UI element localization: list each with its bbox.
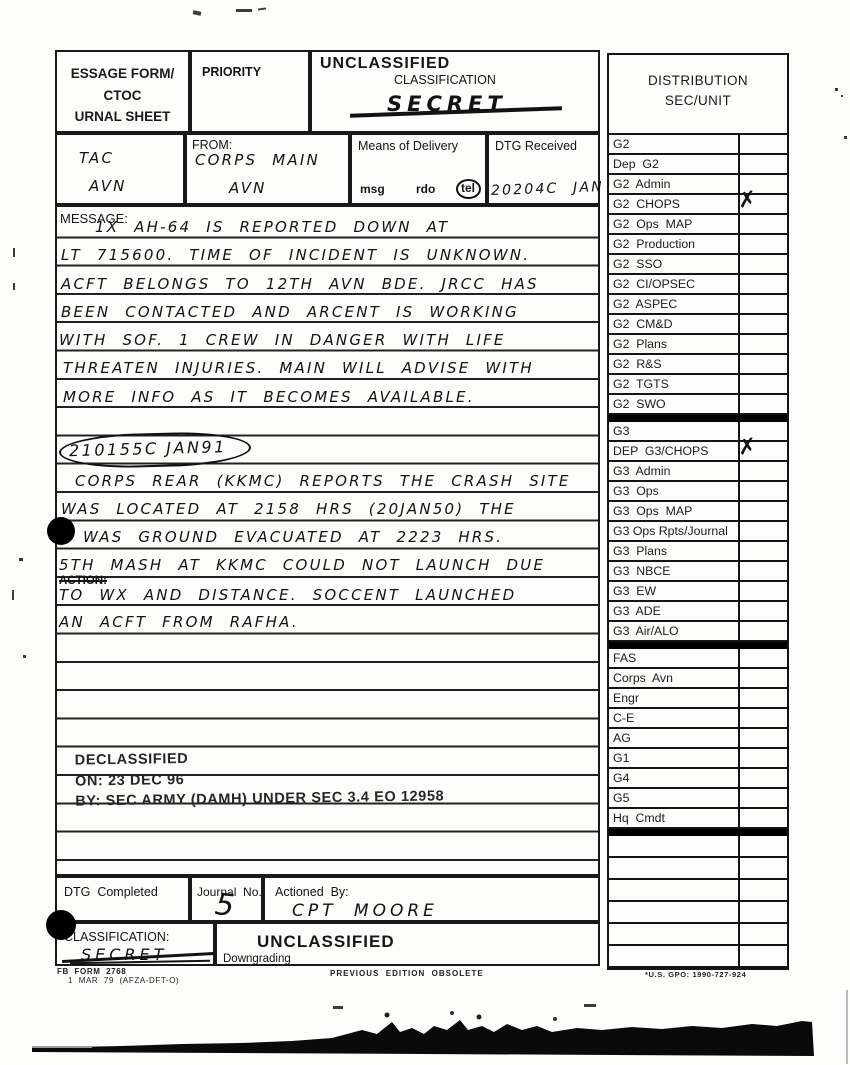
distribution-row-label: G3 bbox=[609, 422, 740, 440]
distribution-row-label: FAS bbox=[609, 649, 740, 667]
scan-speck bbox=[13, 248, 15, 257]
distribution-row: G3 Air/ALO bbox=[609, 622, 787, 642]
message-line: TO WX AND DISTANCE. SOCCENT LAUNCHED bbox=[59, 586, 516, 604]
distribution-row: Dep G2 bbox=[609, 155, 787, 175]
distribution-row bbox=[609, 946, 787, 968]
to-value-line1: TAC bbox=[79, 149, 114, 167]
scan-speck bbox=[19, 558, 23, 561]
distribution-row-label: G5 bbox=[609, 789, 740, 807]
message-line: BEEN CONTACTED AND ARCENT IS WORKING bbox=[61, 303, 519, 321]
distribution-check-cell bbox=[740, 836, 787, 856]
actioned-by-label: Actioned By: bbox=[275, 885, 349, 899]
distribution-check-cell bbox=[740, 902, 787, 922]
journal-no-value: 5 bbox=[213, 887, 238, 924]
distribution-row bbox=[609, 880, 787, 902]
form-number: FB FORM 2768 bbox=[57, 967, 126, 976]
distribution-check-cell bbox=[740, 924, 787, 944]
dtg-received-box: DTG Received 20204C JAN bbox=[487, 133, 600, 205]
delivery-option-tel-circled: tel bbox=[456, 179, 481, 199]
bottom-unclassified-stamp: UNCLASSIFIED bbox=[257, 932, 395, 952]
distribution-row: G3 EW bbox=[609, 582, 787, 602]
scan-artifact-bar bbox=[32, 1000, 822, 1060]
distribution-row: G2 CM&D bbox=[609, 315, 787, 335]
distribution-row bbox=[609, 836, 787, 858]
distribution-row-label: G3 Air/ALO bbox=[609, 622, 740, 640]
distribution-row-label: G3 ADE bbox=[609, 602, 740, 620]
distribution-row: G2 CI/OPSEC bbox=[609, 275, 787, 295]
distribution-row-label bbox=[609, 880, 740, 900]
bottom-classification-label: CLASSIFICATION: bbox=[64, 930, 169, 944]
distribution-row-label: G3 Admin bbox=[609, 462, 740, 480]
distribution-check-cell bbox=[740, 689, 787, 707]
distribution-row: G2 R&S bbox=[609, 355, 787, 375]
scan-speck bbox=[841, 95, 843, 97]
message-line: WAS GROUND EVACUATED AT 2223 HRS. bbox=[83, 528, 503, 546]
distribution-check-cell bbox=[740, 235, 787, 253]
distribution-check-cell bbox=[740, 135, 787, 153]
downgrading-box: UNCLASSIFIED Downgrading bbox=[215, 922, 600, 966]
dtg-received-label: DTG Received bbox=[495, 139, 577, 153]
distribution-check-cell bbox=[740, 542, 787, 560]
distribution-check-cell bbox=[740, 375, 787, 393]
scan-speck bbox=[844, 136, 847, 139]
distribution-row-label: G3 EW bbox=[609, 582, 740, 600]
distribution-check-cell bbox=[740, 355, 787, 373]
distribution-row bbox=[609, 902, 787, 924]
distribution-check-cell bbox=[740, 749, 787, 767]
distribution-row-label: C-E bbox=[609, 709, 740, 727]
distribution-row bbox=[609, 829, 787, 836]
scan-speck bbox=[13, 283, 15, 290]
dtg-completed-label: DTG Completed bbox=[64, 885, 158, 899]
distribution-row-label: G2 CM&D bbox=[609, 315, 740, 333]
distribution-title-line2: SEC/UNIT bbox=[609, 91, 787, 111]
form-title-line-1: ESSAGE FORM/ bbox=[57, 63, 188, 85]
distribution-check-cell bbox=[740, 789, 787, 807]
form-title-box: ESSAGE FORM/ CTOC URNAL SHEET bbox=[55, 50, 190, 133]
dtg-completed-box: DTG Completed bbox=[55, 876, 190, 922]
distribution-row: G3 Ops bbox=[609, 482, 787, 502]
distribution-row: G4 bbox=[609, 769, 787, 789]
distribution-row-label: G1 bbox=[609, 749, 740, 767]
delivery-label: Means of Delivery bbox=[358, 139, 458, 153]
distribution-row-label: DEP G3/CHOPS bbox=[609, 442, 740, 460]
scan-speck bbox=[258, 7, 266, 10]
entry2-dtg: 210155C JAN91 bbox=[69, 437, 227, 460]
message-line: WITH SOF. 1 CREW IN DANGER WITH LIFE bbox=[59, 331, 506, 349]
distribution-check-cell bbox=[740, 602, 787, 620]
unclassified-stamp: UNCLASSIFIED bbox=[320, 55, 450, 73]
distribution-row: G2 ASPEC bbox=[609, 295, 787, 315]
distribution-row bbox=[609, 924, 787, 946]
distribution-row-label: G2 TGTS bbox=[609, 375, 740, 393]
message-line: LT 715600. TIME OF INCIDENT IS UNKNOWN. bbox=[61, 246, 530, 264]
distribution-row bbox=[609, 642, 787, 649]
distribution-check-cell bbox=[740, 769, 787, 787]
priority-label: PRIORITY bbox=[202, 65, 261, 79]
distribution-check-cell bbox=[740, 395, 787, 413]
classification-label: CLASSIFICATION bbox=[394, 73, 496, 87]
from-label: FROM: bbox=[192, 138, 232, 152]
message-line: AN ACFT FROM RAFHA. bbox=[59, 613, 299, 631]
distribution-check-cell bbox=[740, 669, 787, 687]
distribution-row-label: Corps Avn bbox=[609, 669, 740, 687]
distribution-row-label bbox=[609, 836, 740, 856]
distribution-check-cell bbox=[740, 502, 787, 520]
priority-box: PRIORITY bbox=[190, 50, 310, 133]
to-value-line2: AVN bbox=[89, 177, 127, 195]
dtg-received-value: 20204C JAN bbox=[491, 179, 604, 199]
distribution-check-cell bbox=[740, 215, 787, 233]
distribution-row-label: Dep G2 bbox=[609, 155, 740, 173]
message-line: 5TH MASH AT KKMC COULD NOT LAUNCH DUE bbox=[59, 556, 545, 574]
to-box: TAC AVN bbox=[55, 133, 185, 205]
distribution-row-label bbox=[609, 946, 740, 966]
distribution-row: G2 Production bbox=[609, 235, 787, 255]
distribution-row: G5 bbox=[609, 789, 787, 809]
journal-no-box: Journal No. 5 bbox=[190, 876, 263, 922]
circled-dtg-annotation: 210155C JAN91 bbox=[59, 430, 252, 469]
distribution-check-cell: ✗ bbox=[740, 195, 787, 213]
distribution-check-cell: ✗ bbox=[740, 442, 787, 460]
check-mark: ✗ bbox=[737, 434, 758, 461]
scan-speck bbox=[23, 655, 26, 658]
distribution-row: C-E bbox=[609, 709, 787, 729]
distribution-row: G3 bbox=[609, 422, 787, 442]
scan-speck bbox=[236, 9, 252, 12]
distribution-row-label: G2 CHOPS bbox=[609, 195, 740, 213]
distribution-row-label bbox=[609, 858, 740, 878]
message-line: MORE INFO AS IT BECOMES AVAILABLE. bbox=[63, 388, 475, 406]
distribution-row: G2 TGTS bbox=[609, 375, 787, 395]
distribution-row-label: Engr bbox=[609, 689, 740, 707]
distribution-check-cell bbox=[740, 649, 787, 667]
distribution-row-label: AG bbox=[609, 729, 740, 747]
distribution-row-label: G2 SSO bbox=[609, 255, 740, 273]
distribution-row-label: G2 R&S bbox=[609, 355, 740, 373]
distribution-row-label: Hq Cmdt bbox=[609, 809, 740, 827]
distribution-row: G1 bbox=[609, 749, 787, 769]
distribution-rows: G2 Dep G2 G2 Admin G2 CHOPS bbox=[609, 135, 787, 968]
distribution-row: DEP G3/CHOPS ✗ bbox=[609, 442, 787, 462]
distribution-check-cell bbox=[740, 809, 787, 827]
distribution-row-label: G2 Ops MAP bbox=[609, 215, 740, 233]
distribution-check-cell bbox=[740, 315, 787, 333]
distribution-check-cell bbox=[740, 562, 787, 580]
distribution-row-label: G2 Plans bbox=[609, 335, 740, 353]
distribution-title-line1: DISTRIBUTION bbox=[609, 71, 787, 91]
redaction-mark bbox=[47, 517, 75, 545]
distribution-row-label: G2 ASPEC bbox=[609, 295, 740, 313]
distribution-row: G2 bbox=[609, 135, 787, 155]
distribution-row: G2 Ops MAP bbox=[609, 215, 787, 235]
form-title-line-3: URNAL SHEET bbox=[57, 106, 188, 128]
redaction-mark bbox=[46, 910, 76, 940]
delivery-option-msg: msg bbox=[360, 182, 385, 196]
scanned-journal-sheet: ESSAGE FORM/ CTOC URNAL SHEET PRIORITY U… bbox=[0, 0, 850, 1065]
distribution-check-cell bbox=[740, 709, 787, 727]
distribution-row: Engr bbox=[609, 689, 787, 709]
distribution-row: Corps Avn bbox=[609, 669, 787, 689]
distribution-table: DISTRIBUTION SEC/UNIT G2 Dep G2 G2 Admin bbox=[607, 53, 789, 970]
distribution-row: G3 ADE bbox=[609, 602, 787, 622]
distribution-check-cell bbox=[740, 462, 787, 480]
distribution-check-cell bbox=[740, 946, 787, 966]
distribution-row-label: G2 Admin bbox=[609, 175, 740, 193]
distribution-check-cell bbox=[740, 335, 787, 353]
delivery-option-rdo: rdo bbox=[416, 182, 435, 196]
distribution-row-label: G3 Ops MAP bbox=[609, 502, 740, 520]
distribution-row-label: G2 CI/OPSEC bbox=[609, 275, 740, 293]
distribution-row-label: G2 bbox=[609, 135, 740, 153]
distribution-check-cell bbox=[740, 858, 787, 878]
distribution-row: FAS bbox=[609, 649, 787, 669]
message-line: 1X AH-64 IS REPORTED DOWN AT bbox=[95, 218, 449, 236]
delivery-box: Means of Delivery msg rdo tel bbox=[350, 133, 487, 205]
scan-speck bbox=[12, 590, 14, 600]
distribution-check-cell bbox=[740, 482, 787, 500]
distribution-row: G2 SSO bbox=[609, 255, 787, 275]
check-mark: ✗ bbox=[737, 187, 758, 214]
distribution-row: G3 Ops MAP bbox=[609, 502, 787, 522]
distribution-row: G2 Plans bbox=[609, 335, 787, 355]
distribution-row: G3 Plans bbox=[609, 542, 787, 562]
distribution-row-label bbox=[609, 902, 740, 922]
actioned-by-value: CPT MOORE bbox=[292, 901, 438, 921]
scan-speck bbox=[846, 990, 848, 1064]
distribution-row: G3 Admin bbox=[609, 462, 787, 482]
distribution-row-label: G4 bbox=[609, 769, 740, 787]
distribution-row: G2 CHOPS ✗ bbox=[609, 195, 787, 215]
distribution-row-label: G3 NBCE bbox=[609, 562, 740, 580]
actioned-by-box: Actioned By: CPT MOORE bbox=[263, 876, 600, 922]
distribution-check-cell bbox=[740, 729, 787, 747]
scan-speck bbox=[193, 10, 202, 16]
distribution-row: G2 SWO bbox=[609, 395, 787, 415]
distribution-check-cell bbox=[740, 275, 787, 293]
distribution-check-cell bbox=[740, 522, 787, 540]
declassified-stamp: DECLASSIFIED ON: 23 DEC 96 BY: SEC ARMY … bbox=[75, 745, 445, 812]
distribution-row: AG bbox=[609, 729, 787, 749]
distribution-check-cell bbox=[740, 295, 787, 313]
distribution-check-cell bbox=[740, 255, 787, 273]
from-box: FROM: CORPS MAIN AVN bbox=[185, 133, 350, 205]
scan-speck bbox=[835, 88, 838, 91]
distribution-check-cell bbox=[740, 880, 787, 900]
distribution-check-cell bbox=[740, 155, 787, 173]
distribution-row: G2 Admin bbox=[609, 175, 787, 195]
distribution-row-label: G3 Plans bbox=[609, 542, 740, 560]
from-value-line1: CORPS MAIN bbox=[195, 151, 320, 169]
distribution-row: G3 NBCE bbox=[609, 562, 787, 582]
message-line: CORPS REAR (KKMC) REPORTS THE CRASH SITE bbox=[75, 472, 571, 490]
distribution-row-label: G3 Ops Rpts/Journal bbox=[609, 522, 740, 540]
message-line: THREATEN INJURIES. MAIN WILL ADVISE WITH bbox=[63, 359, 534, 377]
message-line: WAS LOCATED AT 2158 HRS (20JAN50) THE bbox=[61, 500, 516, 518]
distribution-row: G3 Ops Rpts/Journal bbox=[609, 522, 787, 542]
classification-box: UNCLASSIFIED CLASSIFICATION SECRET bbox=[310, 50, 600, 133]
distribution-row-label: G2 SWO bbox=[609, 395, 740, 413]
distribution-check-cell bbox=[740, 582, 787, 600]
distribution-row-label bbox=[609, 924, 740, 944]
distribution-row-label: G2 Production bbox=[609, 235, 740, 253]
downgrading-label: Downgrading bbox=[223, 953, 291, 965]
distribution-row bbox=[609, 858, 787, 880]
form-edition: 1 MAR 79 (AFZA-DFT-O) bbox=[68, 976, 179, 985]
gpo-footer: *U.S. GPO: 1990-727-924 bbox=[645, 970, 746, 979]
distribution-row bbox=[609, 415, 787, 422]
previous-edition-note: PREVIOUS EDITION OBSOLETE bbox=[330, 969, 484, 978]
distribution-header: DISTRIBUTION SEC/UNIT bbox=[609, 55, 787, 135]
distribution-row: Hq Cmdt bbox=[609, 809, 787, 829]
message-line: ACFT BELONGS TO 12TH AVN BDE. JRCC HAS bbox=[61, 275, 539, 293]
form-title-line-2: CTOC bbox=[57, 85, 188, 107]
distribution-row-label: G3 Ops bbox=[609, 482, 740, 500]
from-value-line2: AVN bbox=[229, 179, 267, 197]
distribution-check-cell bbox=[740, 622, 787, 640]
